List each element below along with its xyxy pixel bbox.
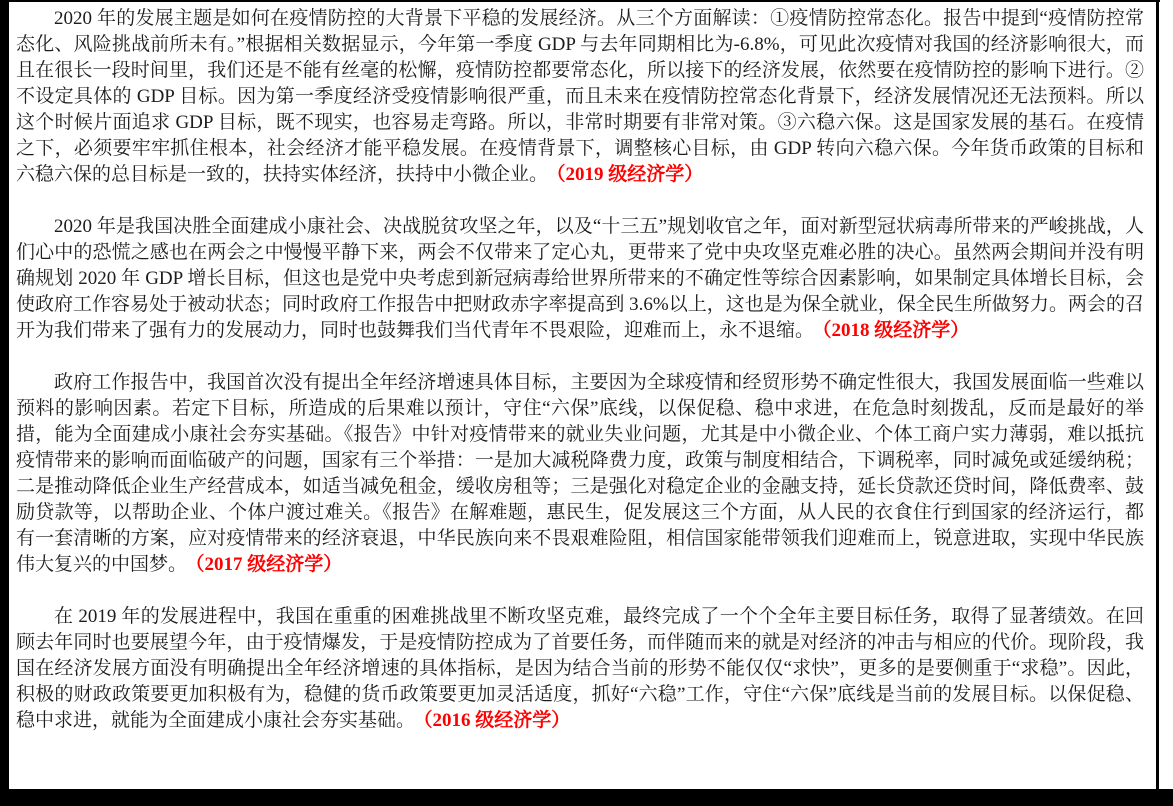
scan-edge-left	[0, 0, 9, 790]
paragraph-2018-economics: 2020 年是我国决胜全面建成小康社会、决战脱贫攻坚之年，以及“十三五”规划收官…	[16, 214, 1144, 344]
grade-label-2016: （2016 级经济学）	[423, 710, 570, 731]
grade-label-2019: （2019 级经济学）	[556, 164, 703, 185]
scan-edge-bottom	[0, 789, 1173, 806]
document-page: 2020 年的发展主题是如何在疫情防控的大背景下平稳的发展经济。从三个方面解读：…	[0, 0, 1173, 806]
paragraph-2019-economics: 2020 年的发展主题是如何在疫情防控的大背景下平稳的发展经济。从三个方面解读：…	[16, 6, 1144, 188]
paragraph-text: 2020 年是我国决胜全面建成小康社会、决战脱贫攻坚之年，以及“十三五”规划收官…	[16, 216, 1144, 341]
paragraph-text: 在 2019 年的发展进程中，我国在重重的困难挑战里不断攻坚克难，最终完成了一个…	[16, 606, 1144, 731]
paragraph-text: 2020 年的发展主题是如何在疫情防控的大背景下平稳的发展经济。从三个方面解读：…	[16, 8, 1144, 185]
paragraph-2017-economics: 政府工作报告中，我国首次没有提出全年经济增速具体目标，主要因为全球疫情和经贸形势…	[16, 370, 1144, 578]
grade-label-2018: （2018 级经济学）	[822, 320, 969, 341]
grade-label-2017: （2017 级经济学）	[195, 554, 342, 575]
paragraph-2016-economics: 在 2019 年的发展进程中，我国在重重的困难挑战里不断攻坚克难，最终完成了一个…	[16, 604, 1144, 734]
scan-edge-right	[1156, 0, 1159, 790]
document-body: 2020 年的发展主题是如何在疫情防控的大背景下平稳的发展经济。从三个方面解读：…	[16, 6, 1144, 734]
paragraph-text: 政府工作报告中，我国首次没有提出全年经济增速具体目标，主要因为全球疫情和经贸形势…	[16, 372, 1144, 575]
scan-edge-top	[0, 0, 1160, 2]
